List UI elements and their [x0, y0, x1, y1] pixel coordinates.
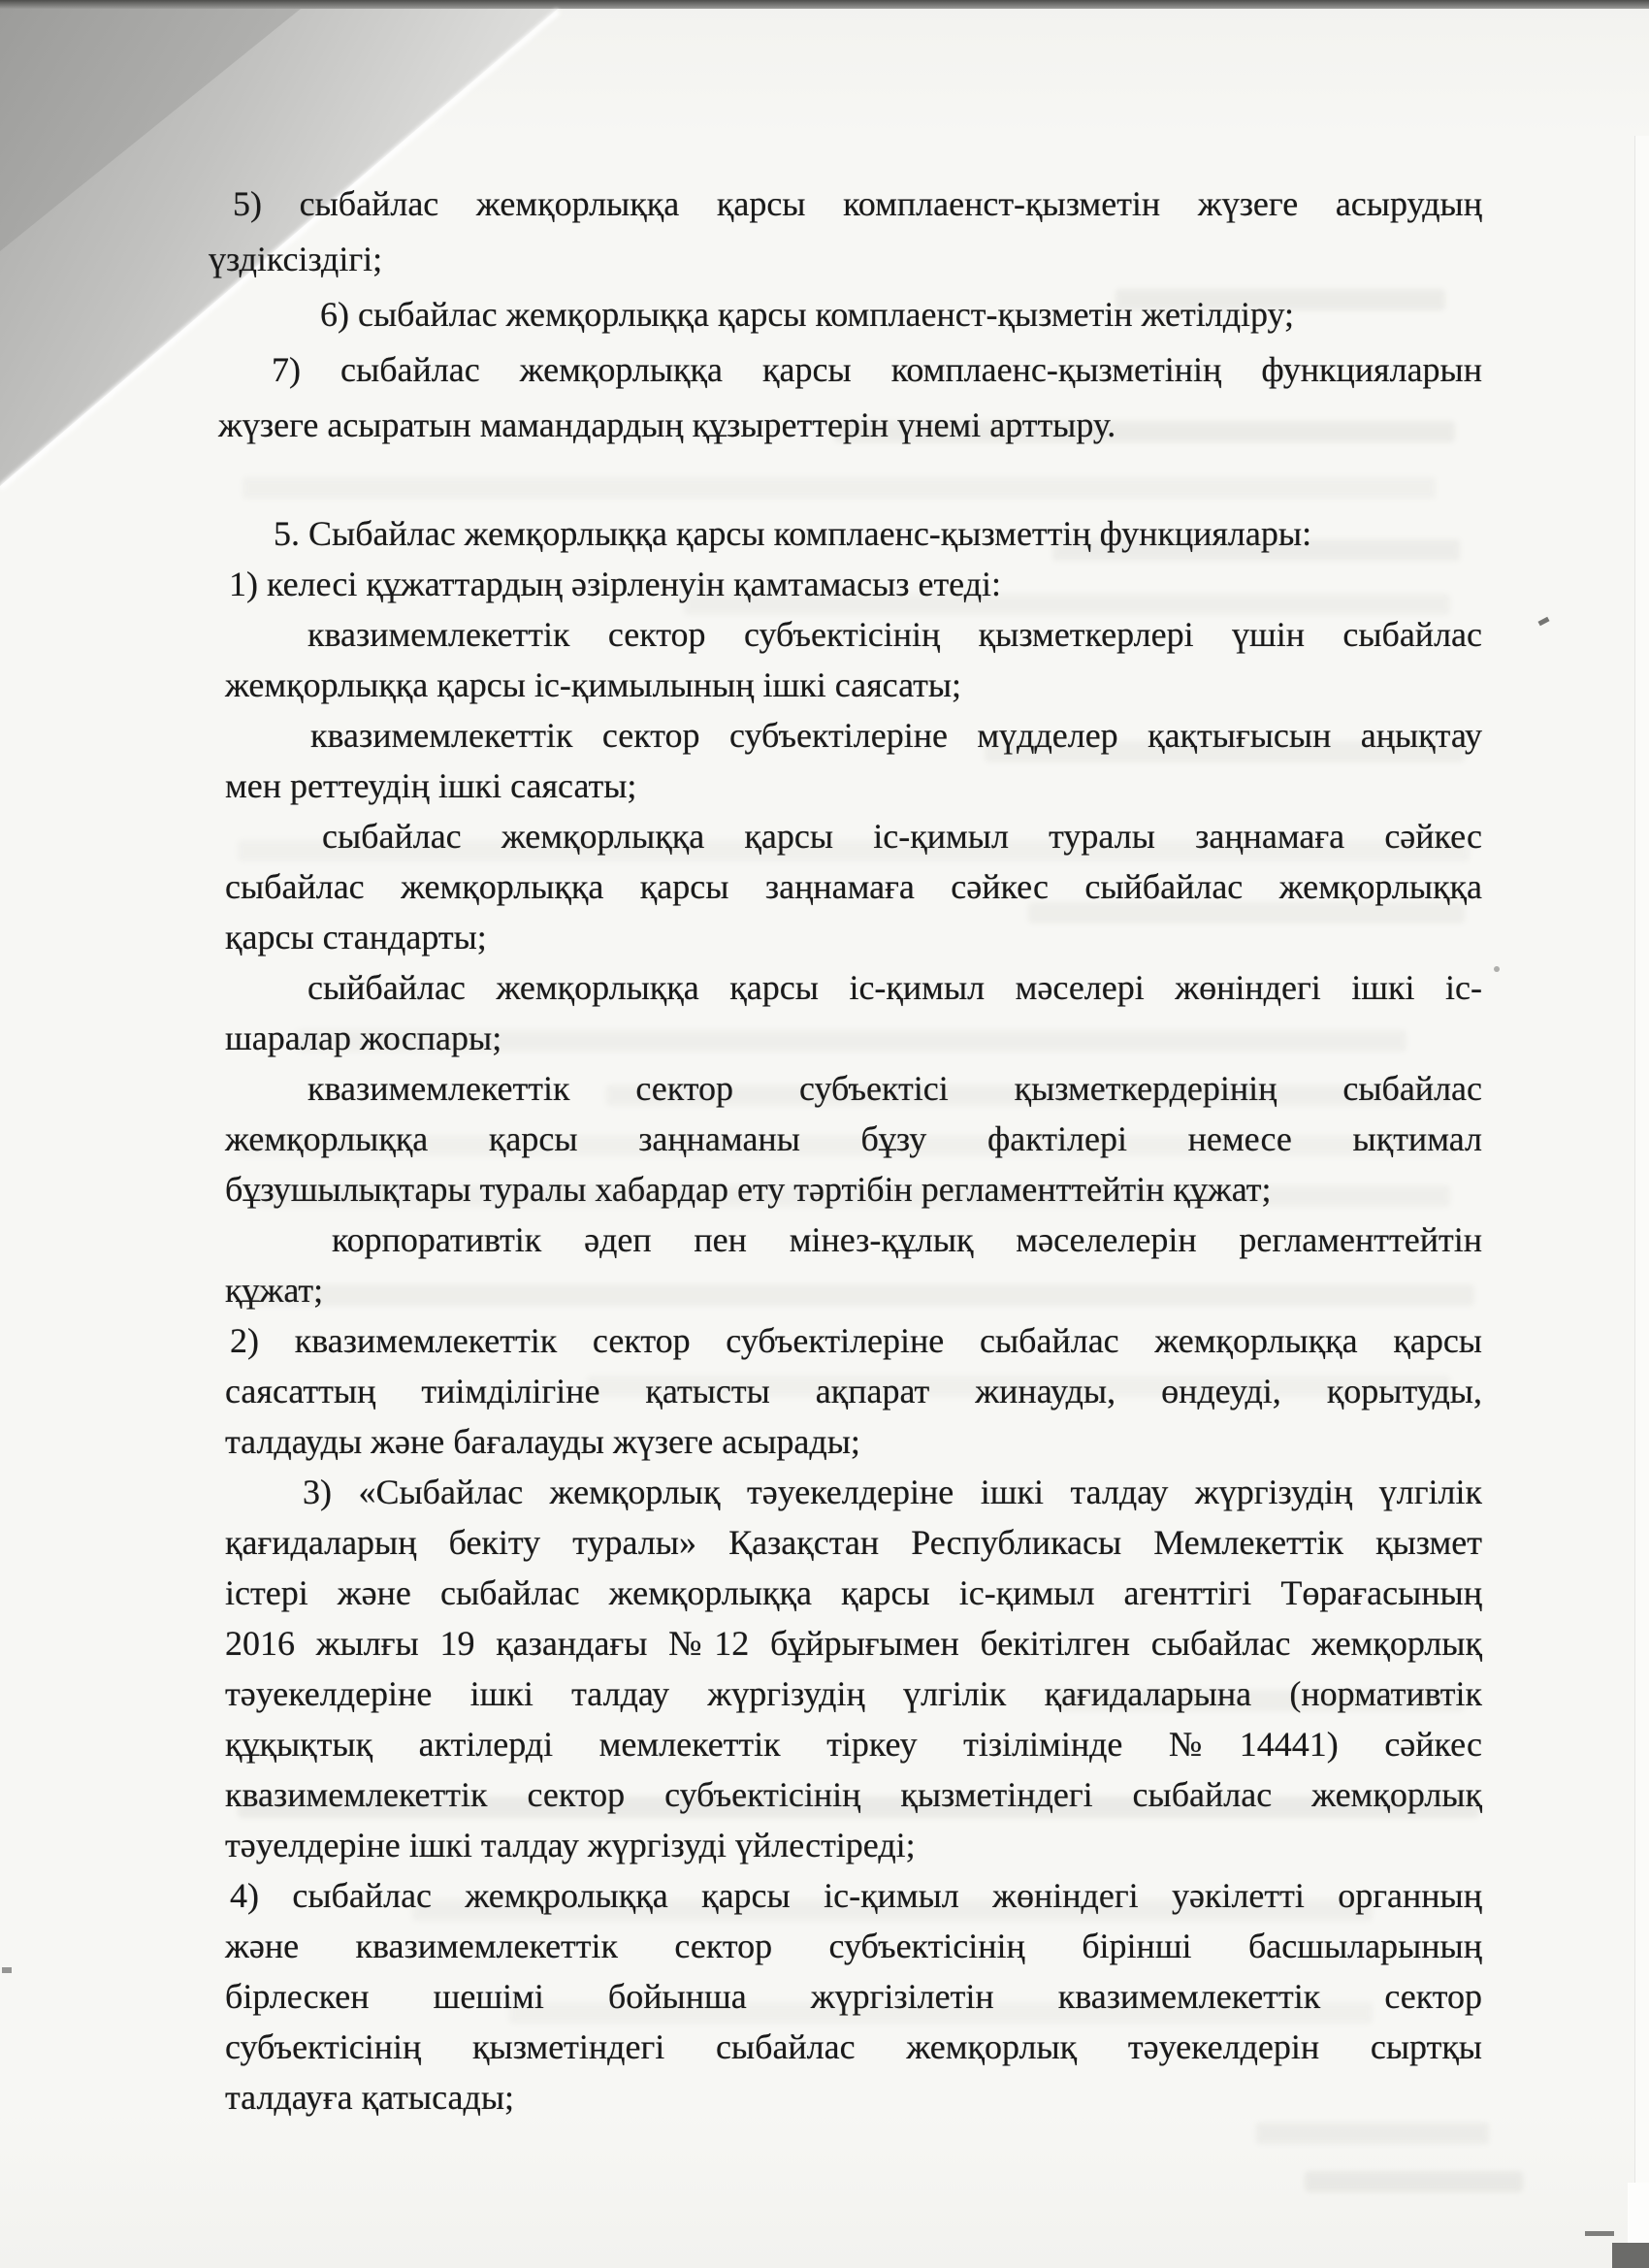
- text-line: тәуекелдеріне ішкі талдау жүргізудің үлг…: [225, 1669, 1482, 1719]
- text-line: шаралар жоспары;: [225, 1013, 1482, 1063]
- scan-speck: [1494, 966, 1500, 972]
- text-line: сыйбайлас жемқорлыққа қарсы іс-қимыл мәс…: [225, 962, 1482, 1013]
- text-line: жемқорлыққа қарсы заңнаманы бұзу фактіле…: [225, 1114, 1482, 1164]
- scanner-edge-top: [0, 0, 1649, 9]
- text-line: бірлескен шешімі бойынша жүргізілетін кв…: [225, 1971, 1482, 2022]
- scanner-edge-bottom-right: [1612, 2243, 1649, 2268]
- text-line: саясаттың тиімділігіне қатысты ақпарат ж…: [225, 1366, 1482, 1416]
- page-corner-bottom-right: [1628, 2183, 1649, 2243]
- text-line: жемқорлыққа қарсы іс-қимылының ішкі саяс…: [225, 660, 1482, 710]
- text-line: қағидаларың бекіту туралы» Қазақстан Рес…: [225, 1517, 1482, 1568]
- text-line: сыбайлас жемқорлыққа қарсы іс-қимыл тура…: [225, 811, 1482, 861]
- text-line: бұзушылықтары туралы хабардар ету тәртіб…: [225, 1164, 1482, 1215]
- text-line: 6) сыбайлас жемқорлыққа қарсы комплаенст…: [209, 287, 1482, 342]
- text-line: талдауды және бағалауды жүзеге асырады;: [225, 1416, 1482, 1467]
- text-line: корпоративтік әдеп пен мінез-құлық мәсел…: [225, 1215, 1482, 1265]
- text-line: квазимемлекеттік сектор субъектісі қызме…: [225, 1063, 1482, 1114]
- text-line: талдауға қатысады;: [225, 2072, 1482, 2122]
- scan-artifact-mark: [1585, 2231, 1614, 2236]
- text-line: үздіксіздігі;: [209, 232, 1482, 287]
- bleed-through-artifact: [1305, 2171, 1523, 2192]
- text-line: тәуелдеріне ішкі талдау жүргізуді үйлест…: [225, 1820, 1482, 1870]
- text-line: құжат;: [225, 1265, 1482, 1315]
- text-line: 7) сыбайлас жемқорлыққа қарсы комплаенс-…: [209, 342, 1482, 398]
- text-line: 5. Сыбайлас жемқорлыққа қарсы комплаенс-…: [225, 508, 1482, 559]
- text-line: және квазимемлекеттік сектор субъектісін…: [225, 1921, 1482, 1971]
- scan-speck: [2, 1967, 12, 1973]
- text-line: мен реттеудің ішкі саясаты;: [225, 761, 1482, 811]
- text-line: 5) сыбайлас жемқорлыққа қарсы комплаенст…: [209, 177, 1482, 232]
- text-line: квазимемлекеттік сектор субъектілеріне м…: [225, 710, 1482, 761]
- bleed-through-artifact: [242, 477, 1436, 499]
- text-line: 1) келесі құжаттардың әзірленуін қамтама…: [225, 559, 1482, 609]
- list-items-5-7: 5) сыбайлас жемқорлыққа қарсы комплаенст…: [209, 177, 1482, 453]
- text-line: істері және сыбайлас жемқорлыққа қарсы і…: [225, 1568, 1482, 1618]
- text-line: қарсы стандарты;: [225, 912, 1482, 962]
- section-5-functions: 5. Сыбайлас жемқорлыққа қарсы комплаенс-…: [225, 508, 1482, 2122]
- text-line: сыбайлас жемқорлыққа қарсы заңнамаға сәй…: [225, 861, 1482, 912]
- text-line: 3) «Сыбайлас жемқорлық тәуекелдеріне ішк…: [225, 1467, 1482, 1517]
- text-line: жүзеге асыратын мамандардың құзыреттерін…: [209, 398, 1482, 453]
- text-line: құқықтық актілерді мемлекеттік тіркеу ті…: [225, 1719, 1482, 1769]
- text-line: 4) сыбайлас жемқролыққа қарсы іс-қимыл ж…: [225, 1870, 1482, 1921]
- text-line: квазимемлекеттік сектор субъектісінің қы…: [225, 1769, 1482, 1820]
- page-right-edge: [1635, 136, 1649, 2231]
- text-line: квазимемлекеттік сектор субъектісінің қы…: [225, 609, 1482, 660]
- scan-speck: [1537, 617, 1549, 627]
- text-line: 2) квазимемлекеттік сектор субъектілерін…: [225, 1315, 1482, 1366]
- bleed-through-artifact: [1256, 2122, 1489, 2144]
- text-line: 2016 жылғы 19 қазандағы №12 бұйрығымен б…: [225, 1618, 1482, 1669]
- text-line: субъектісінің қызметіндегі сыбайлас жемқ…: [225, 2022, 1482, 2072]
